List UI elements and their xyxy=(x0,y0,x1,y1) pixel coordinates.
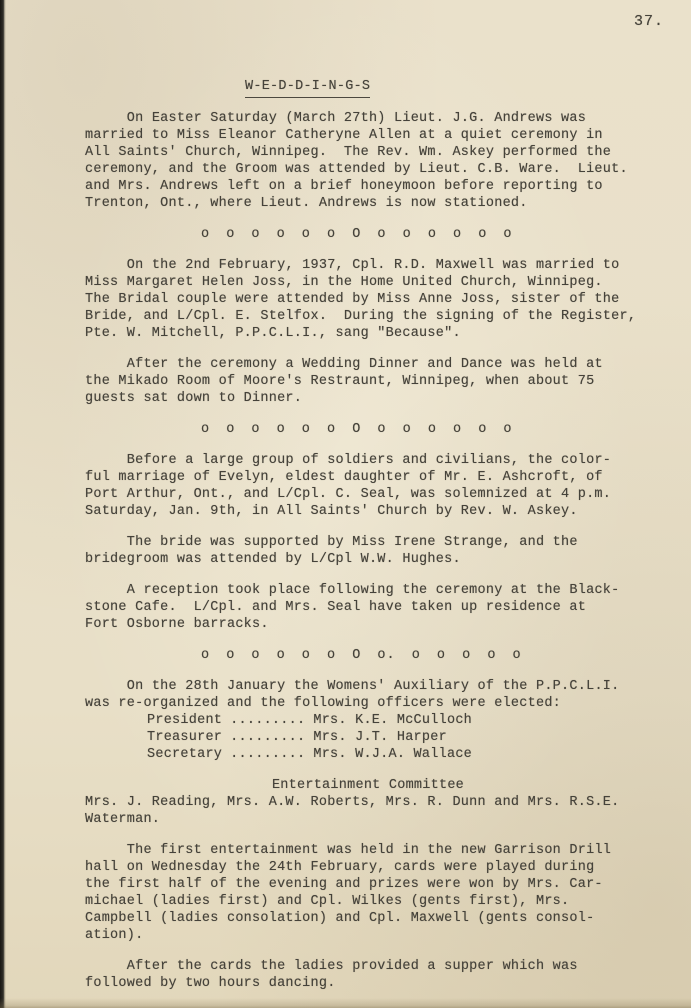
committee-members: Mrs. J. Reading, Mrs. A.W. Roberts, Mrs.… xyxy=(85,794,651,828)
leader-dots: ......... xyxy=(230,747,305,762)
paragraph-first-entertainment: The first entertainment was held in the … xyxy=(85,842,651,944)
section-separator: o o o o o o O o. o o o o o xyxy=(85,647,651,664)
scanned-document-page: 37. W-E-D-D-I-N-G-S On Easter Saturday (… xyxy=(0,0,691,1008)
document-content: W-E-D-D-I-N-G-S On Easter Saturday (Marc… xyxy=(85,78,651,1006)
paragraph-reception: A reception took place following the cer… xyxy=(85,582,651,633)
paragraph-bride-attendants: The bride was supported by Miss Irene St… xyxy=(85,534,651,568)
paragraph-maxwell-wedding: On the 2nd February, 1937, Cpl. R.D. Max… xyxy=(85,257,651,342)
officer-role: Treasurer xyxy=(147,730,222,745)
paragraph-auxiliary-intro: On the 28th January the Womens' Auxiliar… xyxy=(85,678,651,712)
officer-name: Mrs. K.E. McCulloch xyxy=(313,713,472,728)
paragraph-supper-dancing: After the cards the ladies provided a su… xyxy=(85,958,651,992)
section-separator: o o o o o o O o o o o o o xyxy=(85,226,651,243)
leader-dots: ......... xyxy=(230,713,305,728)
committee-heading: Entertainment Committee xyxy=(85,777,651,794)
section-separator: o o o o o o O o o o o o o xyxy=(85,421,651,438)
leader-dots: ......... xyxy=(230,730,305,745)
officers-list: President.........Mrs. K.E. McCulloch Tr… xyxy=(85,712,651,763)
officer-row-secretary: Secretary.........Mrs. W.J.A. Wallace xyxy=(85,746,651,763)
officer-name: Mrs. W.J.A. Wallace xyxy=(313,747,472,762)
officer-name: Mrs. J.T. Harper xyxy=(313,730,447,745)
scan-edge-left xyxy=(0,0,6,1008)
officer-role: Secretary xyxy=(147,747,222,762)
page-number: 37. xyxy=(634,13,664,30)
paragraph-andrews-wedding: On Easter Saturday (March 27th) Lieut. J… xyxy=(85,110,651,212)
paragraph-wedding-dinner: After the ceremony a Wedding Dinner and … xyxy=(85,356,651,407)
officer-role: President xyxy=(147,713,222,728)
officer-row-treasurer: Treasurer.........Mrs. J.T. Harper xyxy=(85,729,651,746)
officer-row-president: President.........Mrs. K.E. McCulloch xyxy=(85,712,651,729)
page-title-text: W-E-D-D-I-N-G-S xyxy=(245,78,370,98)
paragraph-seal-wedding: Before a large group of soldiers and civ… xyxy=(85,452,651,520)
page-title: W-E-D-D-I-N-G-S xyxy=(85,78,651,98)
